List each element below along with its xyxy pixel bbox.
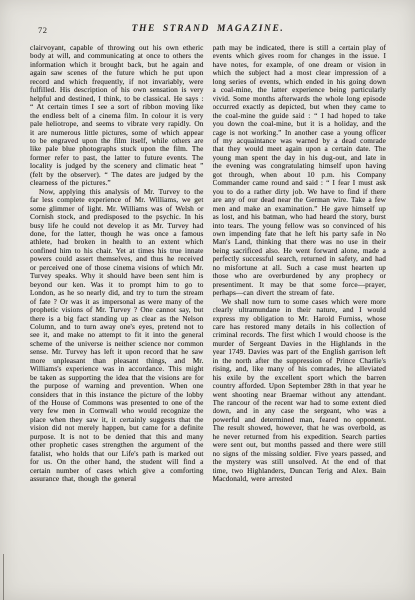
left-column-paragraph-1: clairvoyant, capable of throwing out his… [30,44,204,188]
page-number: 72 [38,25,48,35]
page-title: THE STRAND MAGAZINE. [30,24,386,34]
magazine-page: 72 THE STRAND MAGAZINE. clairvoyant, cap… [0,0,415,600]
scan-edge-artifact [3,554,4,600]
text-columns: clairvoyant, capable of throwing out his… [30,44,386,586]
left-column-paragraph-2: Now, applying this analysis of Mr. Turve… [30,188,204,484]
right-column: path may be indicated, there is still a … [213,44,387,584]
left-column: clairvoyant, capable of throwing out his… [30,44,204,584]
running-head: 72 THE STRAND MAGAZINE. [30,24,386,38]
right-column-paragraph-1: path may be indicated, there is still a … [213,44,387,298]
right-column-paragraph-2: We shall now turn to some cases which we… [213,298,387,484]
